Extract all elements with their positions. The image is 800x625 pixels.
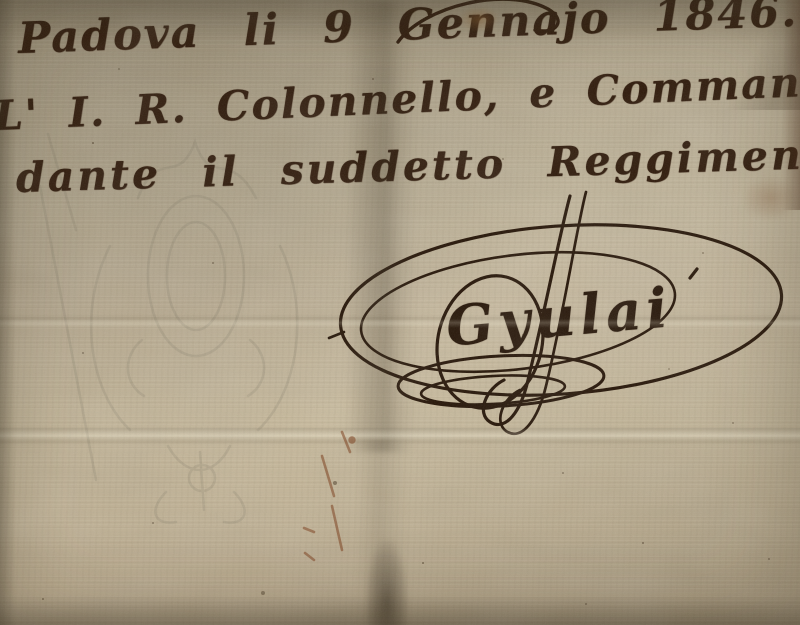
watermark-leaf bbox=[155, 492, 176, 523]
watermark-leaf bbox=[224, 492, 245, 523]
ink-smudge-bottom bbox=[366, 540, 408, 625]
flourish-i-accent bbox=[690, 269, 697, 278]
bleed-stroke bbox=[305, 553, 314, 560]
fold-crease-vertical-lower bbox=[356, 440, 408, 625]
watermark-curl bbox=[128, 340, 144, 396]
watermark-oval bbox=[148, 196, 244, 356]
bleed-stroke bbox=[322, 456, 334, 496]
watermark-flourish bbox=[189, 465, 215, 491]
bleed-stroke bbox=[332, 506, 342, 550]
signature: Gyulai bbox=[318, 184, 800, 446]
watermark-wing bbox=[91, 246, 130, 430]
paper-specks bbox=[0, 0, 2, 2]
watermark-line bbox=[40, 186, 96, 480]
ink-bleed-through-marks bbox=[296, 428, 370, 584]
document-scan: Padova li 9 Gennajo 1846. L' I. R. Colon… bbox=[0, 0, 800, 625]
watermark-flourish bbox=[200, 452, 204, 510]
watermark-oval bbox=[167, 222, 225, 330]
handwriting-line-1: Padova li 9 Gennajo 1846. bbox=[17, 0, 799, 64]
watermark-flourish bbox=[168, 446, 230, 470]
handwriting-line-2: L' I. R. Colonnello, e Comman- bbox=[0, 57, 800, 140]
paper-edge-bottom-shadow bbox=[0, 595, 800, 625]
watermark-curl bbox=[248, 340, 264, 396]
bleed-stroke bbox=[304, 528, 314, 532]
watermark-wing bbox=[258, 246, 297, 430]
